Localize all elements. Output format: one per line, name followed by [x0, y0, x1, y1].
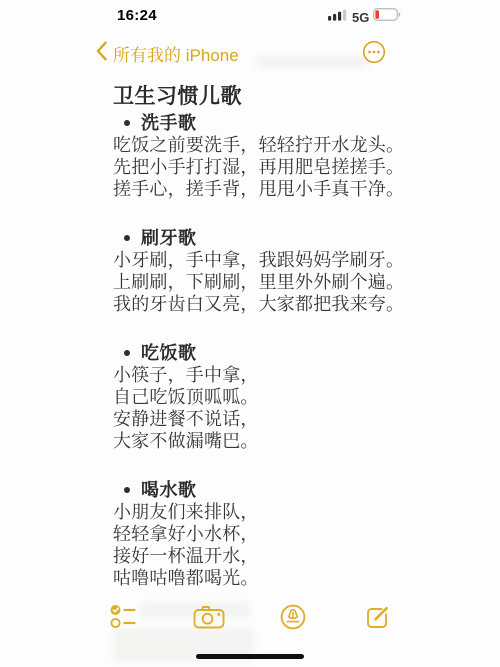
bullet-icon: [124, 235, 130, 241]
status-time: 16:24: [117, 7, 157, 24]
note-section: 吃饭歌 小筷子，手中拿， 自己吃饭顶呱呱。 安静进餐不说话， 大家不做漏嘴巴。: [113, 342, 403, 452]
markup-icon: [278, 602, 308, 637]
section-heading-label: 吃饭歌: [141, 342, 197, 364]
note-section: 喝水歌 小朋友们来排队， 轻轻拿好小水杯， 接好一杯温开水， 咕噜咕噜都喝光。: [113, 479, 403, 589]
note-line: 小朋友们来排队，: [113, 501, 403, 523]
note-line: 上刷刷，下刷刷，里里外外刷个遍。: [113, 271, 403, 293]
bullet-icon: [124, 487, 130, 493]
note-line: 接好一杯温开水，: [113, 545, 403, 567]
note-section: 洗手歌 吃饭之前要洗手，轻轻拧开水龙头。 先把小手打打湿，再用肥皂搓搓手。 搓手…: [113, 112, 403, 200]
note-editor[interactable]: 卫生习惯儿歌 洗手歌 吃饭之前要洗手，轻轻拧开水龙头。 先把小手打打湿，再用肥皂…: [113, 84, 403, 616]
markup-button[interactable]: [277, 603, 309, 635]
section-heading: 洗手歌: [124, 112, 403, 134]
note-line: 我的牙齿白又亮，大家都把我来夸。: [113, 293, 403, 315]
note-section: 刷牙歌 小牙刷，手中拿，我跟妈妈学刷牙。 上刷刷，下刷刷，里里外外刷个遍。 我的…: [113, 227, 403, 315]
notes-toolbar: [108, 599, 394, 639]
compose-icon: [363, 602, 393, 637]
camera-button[interactable]: [193, 603, 225, 635]
section-heading-label: 刷牙歌: [141, 227, 197, 249]
watermark-ghost: [256, 55, 368, 68]
section-heading-label: 洗手歌: [141, 112, 197, 134]
bullet-icon: [124, 120, 130, 126]
cellular-signal-icon: [328, 8, 348, 26]
note-line: 咕噜咕噜都喝光。: [113, 567, 403, 589]
back-button[interactable]: 所有我的 iPhone: [96, 41, 239, 66]
checklist-icon: [109, 602, 139, 637]
note-line: 自己吃饭顶呱呱。: [113, 386, 403, 408]
section-heading-label: 喝水歌: [141, 479, 197, 501]
network-type-label: 5G: [352, 10, 369, 25]
back-chevron-icon: [96, 41, 107, 66]
note-line: 轻轻拿好小水杯，: [113, 523, 403, 545]
section-heading: 吃饭歌: [124, 342, 403, 364]
camera-icon: [193, 603, 225, 635]
note-line: 安静进餐不说话，: [113, 408, 403, 430]
section-heading: 喝水歌: [124, 479, 403, 501]
note-line: 先把小手打打湿，再用肥皂搓搓手。: [113, 156, 403, 178]
section-heading: 刷牙歌: [124, 227, 403, 249]
compose-button[interactable]: [362, 603, 394, 635]
back-button-label: 所有我的 iPhone: [113, 41, 239, 66]
status-right-cluster: 5G: [328, 8, 401, 26]
status-bar: 16:24 5G: [0, 0, 500, 32]
note-line: 大家不做漏嘴巴。: [113, 430, 403, 452]
notes-app-screen: 16:24 5G: [0, 0, 500, 667]
nav-bar: 所有我的 iPhone: [0, 40, 500, 68]
note-line: 吃饭之前要洗手，轻轻拧开水龙头。: [113, 134, 403, 156]
note-line: 小牙刷，手中拿，我跟妈妈学刷牙。: [113, 249, 403, 271]
checklist-button[interactable]: [108, 603, 140, 635]
note-line: 小筷子，手中拿，: [113, 364, 403, 386]
note-title: 卫生习惯儿歌: [113, 84, 403, 110]
bullet-icon: [124, 350, 130, 356]
note-line: 搓手心，搓手背，甩甩小手真干净。: [113, 178, 403, 200]
battery-low-icon: [373, 8, 401, 26]
home-indicator[interactable]: [196, 654, 304, 659]
